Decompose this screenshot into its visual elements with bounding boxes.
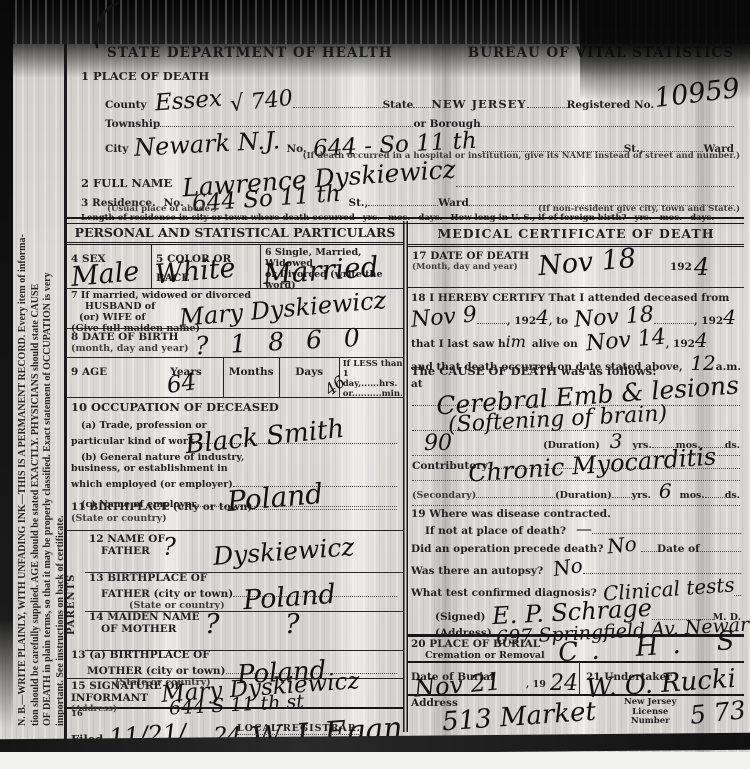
mother-birthplace-label: MOTHER (city or town) xyxy=(71,665,226,677)
c19-label: , 192 xyxy=(507,313,536,330)
township-label: Township xyxy=(105,118,160,130)
last-saw-date-handwriting: Nov 14 xyxy=(585,327,667,356)
dept-title: STATE DEPARTMENT OF HEALTH xyxy=(107,45,393,61)
age-days-label: Days xyxy=(295,366,323,378)
last-saw-label: that I last saw h xyxy=(411,336,506,353)
marital-handwriting: Married xyxy=(262,253,379,289)
margin-note-line: OF DEATH in plain terms, so that it may … xyxy=(42,36,55,726)
mother-maiden-label: 14 MAIDEN NAME xyxy=(89,611,403,623)
birthplace-handwriting: Poland xyxy=(226,480,324,516)
bureau-title: BUREAU OF VITAL STATISTICS xyxy=(468,45,734,61)
cause-of-death-title: The CAUSE OF DEATH was as follows: xyxy=(411,364,656,378)
registered-no-handwriting: 10959 xyxy=(653,75,742,112)
occupation-a-label: particular kind of work xyxy=(71,436,194,447)
duration-label: (Duration) xyxy=(543,440,600,451)
ds-label: ds. xyxy=(725,490,740,501)
occupation-b-label: which employed (or employer) xyxy=(71,479,233,490)
attended-from-handwriting: Nov 9 xyxy=(410,304,478,332)
margin-instructions: N. B.—WRITE PLAINLY, WITH UNFADING INK—T… xyxy=(13,0,65,750)
autopsy-handwriting: No xyxy=(552,555,584,579)
city-label: City xyxy=(105,143,128,155)
scan-dark-edge-left xyxy=(0,0,13,728)
color-handwriting: White xyxy=(154,255,237,289)
age-less-label: If LESS than xyxy=(343,359,403,369)
margin-note-line: tion should be carefully supplied. AGE s… xyxy=(30,36,43,726)
dod-year-handwriting: 4 xyxy=(694,255,709,279)
personal-particulars-column: PERSONAL AND STATISTICAL PARTICULARS 4 S… xyxy=(67,221,403,732)
local-registrar-label: LOCAL REGISTRAR. xyxy=(237,723,361,735)
mother-birthplace-handwriting: Poland xyxy=(236,658,327,689)
nj-license-label: Number xyxy=(624,717,677,727)
mother-q2-handwriting: ? xyxy=(285,611,299,638)
father-birthplace-label: FATHER (city or town) xyxy=(89,588,233,600)
mother-maiden-label: OF MOTHER xyxy=(89,623,403,635)
place-of-death-section: STATE DEPARTMENT OF HEALTH BUREAU OF VIT… xyxy=(67,40,744,221)
duration2-label: (Duration) xyxy=(555,490,612,501)
ds-label: ds. xyxy=(725,440,740,451)
age-label: 9 AGE xyxy=(71,366,107,378)
county-handwriting: Essex xyxy=(154,88,222,116)
sex-handwriting: Male xyxy=(70,258,140,291)
operation-handwriting: No xyxy=(606,534,637,557)
year-handwriting: 4 xyxy=(536,307,549,327)
medical-title: MEDICAL CERTIFICATE OF DEATH xyxy=(437,226,714,241)
age-years-handwriting: 64 xyxy=(166,371,198,398)
age-months-label: Months xyxy=(229,366,274,378)
margin-note-line: N. B.—WRITE PLAINLY, WITH UNFADING INK—T… xyxy=(17,36,30,726)
date-of-label: Date of xyxy=(657,543,700,555)
to-label: , to xyxy=(549,313,568,330)
state-value: NEW JERSEY xyxy=(431,97,526,111)
registered-no-label: Registered No. xyxy=(567,99,654,111)
place-of-death-label: 1 PLACE OF DEATH xyxy=(81,69,209,83)
year-handwriting: 4 xyxy=(723,307,736,327)
hospital-note: (If death occurred in a hospital or inst… xyxy=(247,151,740,161)
age-less-label: 1 day,......hrs. xyxy=(343,369,403,389)
mother-birthplace-label: 13 (a) BIRTHPLACE OF xyxy=(71,649,403,661)
ink-flourish xyxy=(84,0,128,50)
cause-line3-handwriting: 90 xyxy=(424,433,452,455)
dod-19-label: 192 xyxy=(670,261,692,273)
scan-edge-bottom xyxy=(0,752,750,769)
parents-vertical-label: PARENTS xyxy=(66,574,77,635)
secondary-label: (Secondary) xyxy=(412,490,476,501)
mother-q1-handwriting: ? xyxy=(205,611,219,638)
occupation-label: 10 OCCUPATION OF DECEASED xyxy=(71,400,403,414)
mos-label: mos. xyxy=(680,490,705,501)
county-label: County xyxy=(105,99,147,111)
occupation-b-label: business, or establishment in xyxy=(71,463,403,474)
date-of-death-handwriting: Nov 18 xyxy=(537,245,637,280)
autopsy-label: Was there an autopsy? xyxy=(411,565,543,577)
burial-19-label: , 19 xyxy=(526,679,546,690)
birthplace-label: 11 BIRTHPLACE (city or town) xyxy=(71,501,252,513)
father-birthplace-label: 13 BIRTHPLACE OF xyxy=(89,572,403,584)
license-number-handwriting: 5 73 xyxy=(689,697,747,728)
personal-title: PERSONAL AND STATISTICAL PARTICULARS xyxy=(75,225,396,240)
medical-certificate-column: MEDICAL CERTIFICATE OF DEATH 17 DATE OF … xyxy=(408,221,744,732)
yrs-label: yrs. xyxy=(632,490,651,501)
father-q-handwriting: ? xyxy=(163,535,176,559)
duration-mos-handwriting: 6 xyxy=(659,481,672,501)
alive-on-label: alive on xyxy=(532,336,578,353)
year-handwriting: 4 xyxy=(695,330,708,350)
state-label: State xyxy=(383,99,414,111)
burial-year-handwriting: 24 xyxy=(550,673,578,695)
death-certificate-scan: N. B.—WRITE PLAINLY, WITH UNFADING INK—T… xyxy=(0,0,750,769)
him-handwriting: im xyxy=(506,334,526,350)
registry-check-handwriting: √ 740 xyxy=(229,88,294,116)
certificate-form: STATE DEPARTMENT OF HEALTH BUREAU OF VIT… xyxy=(64,40,747,740)
